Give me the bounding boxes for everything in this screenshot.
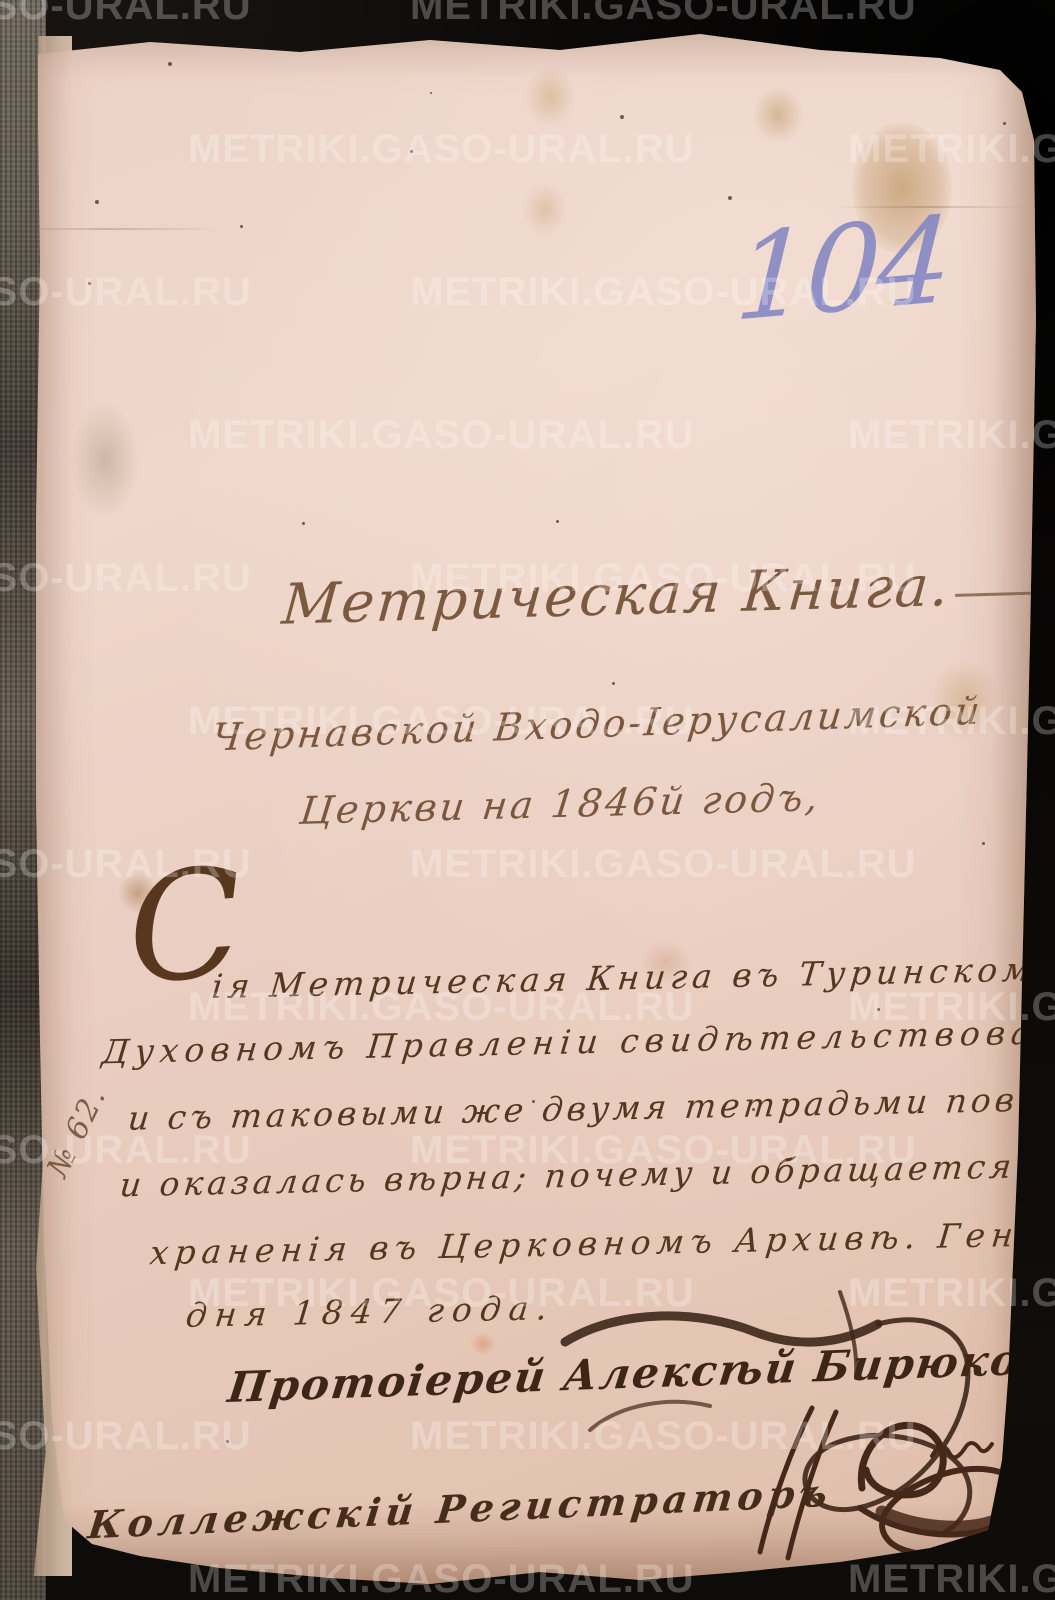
stain <box>118 872 158 914</box>
church-year-line: Церкви на 1846й годъ, <box>298 775 824 833</box>
ink-speck <box>556 520 559 523</box>
ink-speck <box>168 62 172 66</box>
attestation-line-5: храненія въ Церковномъ Архивѣ. Генваря <box>148 1213 1055 1273</box>
church-name-line: Чернавской Входо-Іерусалимской <box>210 688 985 759</box>
stain <box>752 86 804 144</box>
ink-speck <box>728 196 732 200</box>
ink-speck <box>612 682 615 685</box>
stain <box>930 660 1000 740</box>
ink-speck <box>1003 122 1006 125</box>
ink-speck <box>532 1100 535 1103</box>
ink-speck <box>226 1440 229 1443</box>
ink-speck <box>478 978 481 981</box>
priest-signature: Протоіерей Алексѣй Бирюковъ <box>225 1333 1055 1412</box>
ink-speck <box>88 282 91 285</box>
archive-scan: 104 № 62. Метрическая Книга. Чернавской … <box>0 0 1055 1600</box>
ink-speck <box>430 92 432 94</box>
document-title-text: Метрическая Книга. <box>280 554 953 638</box>
margin-note: № 62. <box>40 1032 137 1182</box>
stain <box>522 182 568 238</box>
title-underline-flourish <box>955 591 1043 596</box>
blue-folio-number: 104 <box>732 190 952 348</box>
stain <box>852 122 952 254</box>
clerk-signature-title: Коллежскій Регистраторъ <box>86 1470 835 1548</box>
attestation-initial: С <box>123 848 248 1006</box>
paper-page: 104 № 62. Метрическая Книга. Чернавской … <box>0 0 1055 1600</box>
attestation-line-3: и съ таковыми же двумя тетрадьми повѣрен… <box>126 1077 1055 1137</box>
stain <box>640 940 692 984</box>
priest-signature-flourish <box>540 1280 1040 1550</box>
document-title: Метрическая Книга. <box>280 551 1047 637</box>
ink-speck <box>240 225 243 228</box>
ink-speck <box>877 1008 880 1011</box>
ink-speck <box>752 1108 755 1111</box>
ink-speck <box>95 200 99 204</box>
ink-speck <box>302 522 305 525</box>
attestation-line-1: ія Метрическая Книга въ Туринскомъ <box>210 949 1055 1006</box>
stain <box>470 1332 496 1356</box>
ink-speck <box>982 842 985 845</box>
attestation-line-6: дня 1847 года. <box>184 1288 557 1335</box>
ink-speck <box>410 150 413 153</box>
stain <box>524 66 576 128</box>
paper-vignette <box>0 0 1055 1600</box>
attestation-line-2: Духовномъ Правленіи свидѣтельствована <box>100 1012 1055 1072</box>
ink-speck <box>620 115 624 119</box>
attestation-line-4: и оказалась вѣрна; почему и обращается д… <box>118 1145 1055 1205</box>
stain <box>70 400 140 520</box>
paper-crease <box>830 206 1030 208</box>
